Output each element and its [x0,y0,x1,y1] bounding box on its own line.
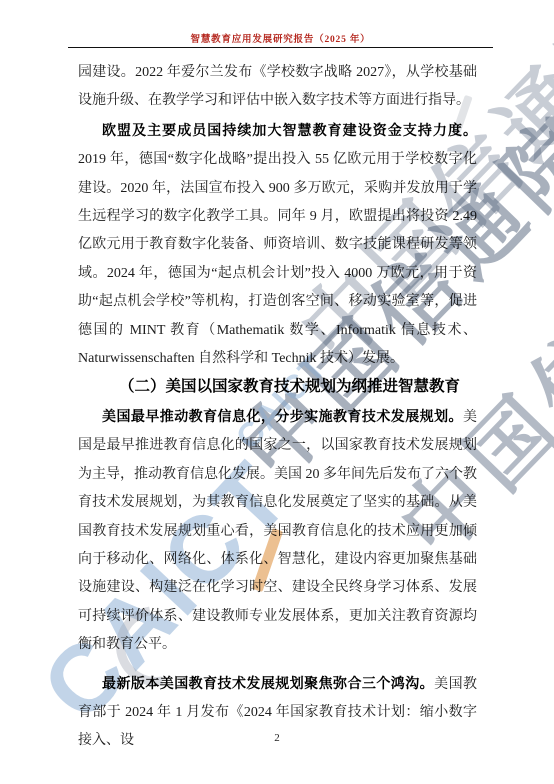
document-page: 智慧教育应用发展研究报告（2025 年） 园建设。2022 年爱尔兰发布《学校数… [0,0,554,784]
page-footer: 2 [0,732,554,744]
page-number: 2 [274,732,280,744]
paragraph-lead-bold: 美国最早推动教育信息化，分步实施教育技术发展规划。 [102,408,463,424]
paragraph-continued: 园建设。2022 年爱尔兰发布《学校数字战略 2027》，从学校基础设施升级、在… [78,59,477,116]
paragraph-eu-funding: 欧盟及主要成员国持续加大智慧教育建设资金支持力度。2019 年，德国“数字化战略… [78,116,477,374]
paragraph-us-plan: 美国最早推动教育信息化，分步实施教育技术发展规划。美国是最早推进教育信息化的国家… [78,402,477,660]
paragraph-text: 美国是最早推进教育信息化的国家之一，以国家教育技术发展规划为主导，推动教育信息化… [78,410,477,652]
document-body: 园建设。2022 年爱尔兰发布《学校数字战略 2027》，从学校基础设施升级、在… [78,59,477,756]
paragraph-text: 2019 年，德国“数字化战略”提出投入 55 亿欧元用于学校数字化建设。202… [78,152,477,366]
section-heading: （二）美国以国家教育技术规划为纲推进智慧教育 [78,373,477,401]
header-title: 智慧教育应用发展研究报告（2025 年） [68,31,493,45]
paragraph-lead-bold: 最新版本美国教育技术发展规划聚焦弥合三个鸿沟。 [102,675,434,691]
paragraph-lead-bold: 欧盟及主要成员国持续加大智慧教育建设资金支持力度。 [102,122,477,138]
header-rule [68,47,493,48]
paragraph-text: 园建设。2022 年爱尔兰发布《学校数字战略 2027》，从学校基础设施升级、在… [78,65,477,108]
